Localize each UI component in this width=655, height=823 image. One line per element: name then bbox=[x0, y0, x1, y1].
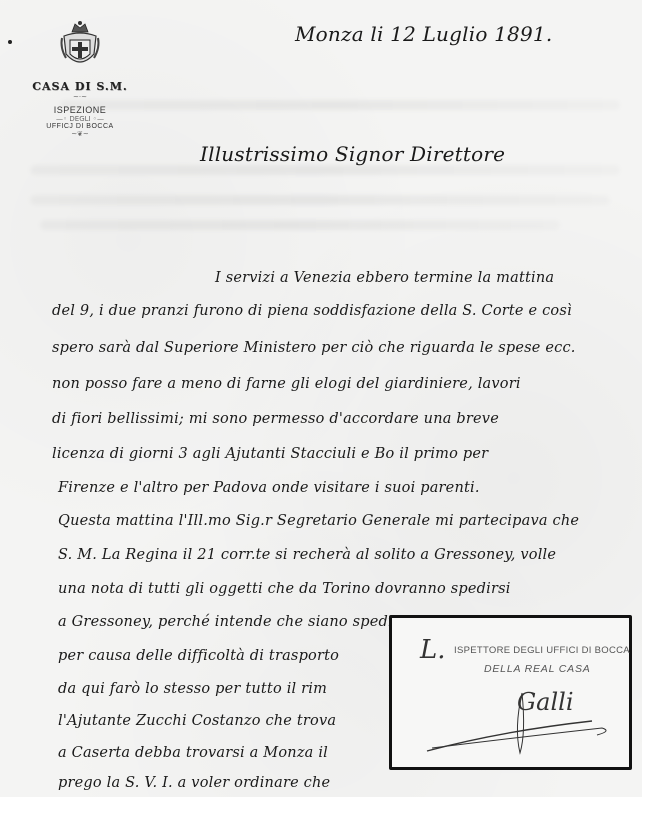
ink-dot bbox=[8, 40, 12, 44]
body-line: a Caserta debba trovarsi a Monza il bbox=[58, 745, 328, 761]
body-line: non posso fare a meno di farne gli elogi… bbox=[52, 376, 521, 392]
body-line: del 9, i due pranzi furono di piena sodd… bbox=[52, 303, 572, 319]
bleed-through-text bbox=[30, 165, 620, 175]
ornament: ~❦~ bbox=[25, 130, 135, 138]
salutation: Illustrissimo Signor Direttore bbox=[200, 142, 505, 166]
bleed-through-text bbox=[40, 220, 560, 230]
body-line: di fiori bellissimi; mi sono permesso d'… bbox=[52, 411, 499, 427]
letterhead-casa: CASA DI S.M. bbox=[25, 80, 135, 93]
body-line: per causa delle difficoltà di trasporto bbox=[58, 648, 339, 664]
body-line: una nota di tutti gli oggetti che da Tor… bbox=[58, 581, 511, 597]
body-line: I servizi a Venezia ebbero termine la ma… bbox=[215, 270, 554, 286]
date-line: Monza li 12 Luglio 1891. bbox=[295, 22, 552, 46]
body-line: prego la S. V. I. a voler ordinare che bbox=[58, 775, 330, 791]
signature-stamp-inset: L. ISPETTORE DEGLI UFFICI DI BOCCA DELLA… bbox=[389, 615, 632, 770]
letterhead-ispezione: ISPEZIONE bbox=[25, 105, 135, 115]
ornament: ~·~ bbox=[25, 93, 135, 101]
bleed-through-text bbox=[30, 195, 610, 205]
royal-crest-icon bbox=[58, 18, 102, 74]
body-line: Firenze e l'altro per Padova onde visita… bbox=[58, 480, 480, 496]
body-line: licenza di giorni 3 agli Ajutanti Stacci… bbox=[52, 446, 488, 462]
body-line: l'Ajutante Zucchi Costanzo che trova bbox=[58, 713, 336, 729]
bleed-through-text bbox=[60, 100, 620, 110]
letterhead: CASA DI S.M. ~·~ ISPEZIONE —◦ DEGLI ◦— U… bbox=[25, 18, 135, 138]
body-line: da qui farò lo stesso per tutto il rim bbox=[58, 681, 327, 697]
stamp-initial: L. bbox=[420, 635, 446, 665]
letterhead-uffici: UFFICJ DI BOCCA bbox=[25, 123, 135, 130]
body-line: spero sarà dal Superiore Ministero per c… bbox=[52, 340, 576, 356]
stamp-title: ISPETTORE DEGLI UFFICI DI BOCCA bbox=[454, 645, 630, 656]
ornament: —◦ DEGLI ◦— bbox=[25, 115, 135, 123]
signature: Galli bbox=[517, 688, 574, 716]
body-line: S. M. La Regina il 21 corr.te si recherà… bbox=[58, 547, 556, 563]
body-line: Questa mattina l'Ill.mo Sig.r Segretario… bbox=[58, 513, 579, 529]
